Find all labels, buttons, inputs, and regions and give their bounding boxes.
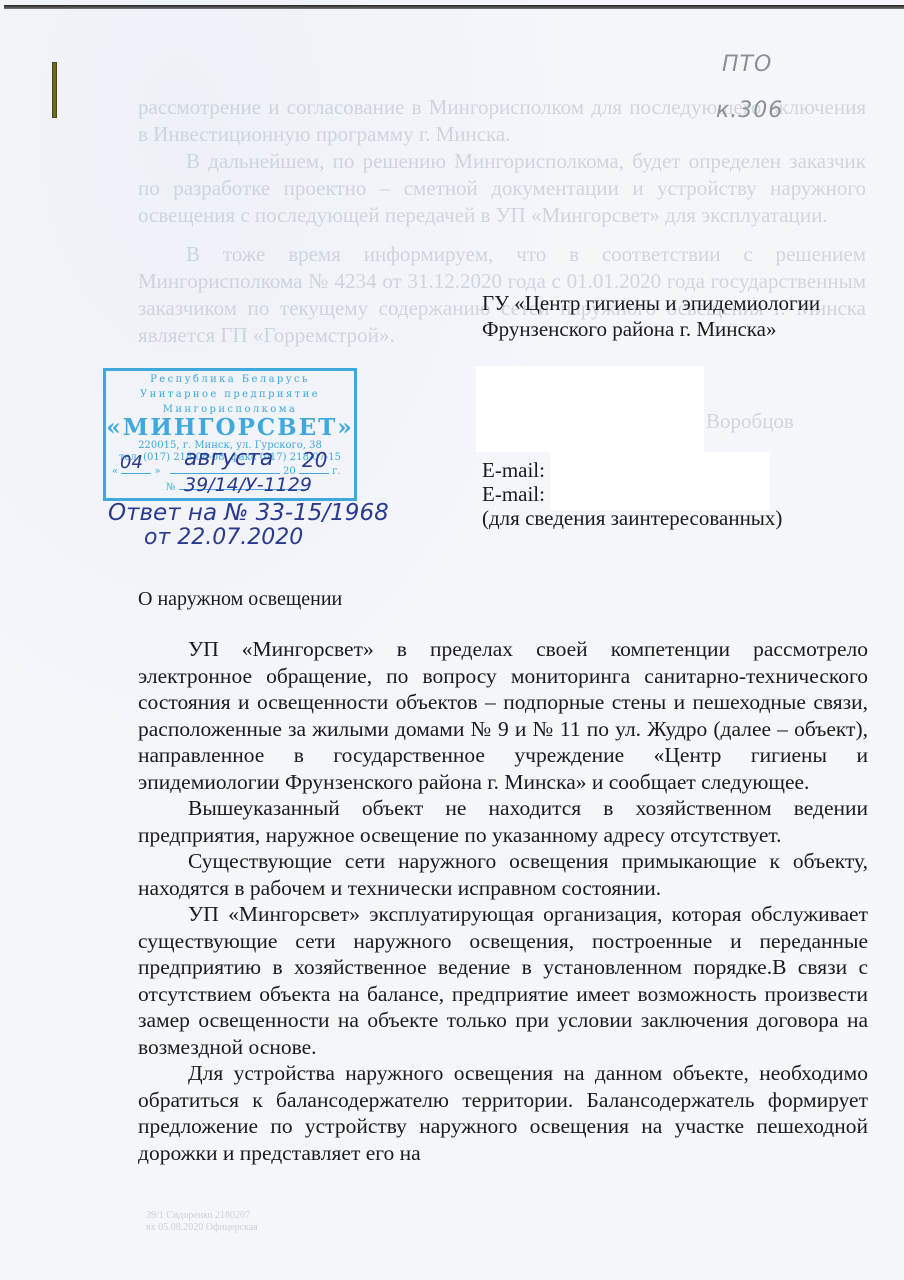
stamp-number-prefix: №	[166, 482, 175, 493]
scanned-page: рассмотрение и согласование в Мингориспо…	[0, 0, 904, 1280]
email-label-1: E-mail:	[482, 458, 782, 482]
bleed-footer-line: 39/1 Сидоренко 2180207	[146, 1210, 258, 1222]
stamp-brand: «МИНГОРСВЕТ»	[106, 416, 354, 440]
recipient-line-1: ГУ «Центр гигиены и эпидемиологии	[482, 290, 820, 316]
bleed-footer: 39/1 Сидоренко 2180207 вх 05.08.2020 Офи…	[146, 1210, 258, 1234]
letter-body: УП «Мингорсвет» в пределах своей компете…	[138, 636, 868, 1166]
body-paragraph: УП «Мингорсвет» эксплуатирующая организа…	[138, 901, 868, 1060]
pencil-note-department: ПТО	[722, 52, 772, 77]
recipient-block: ГУ «Центр гигиены и эпидемиологии Фрунзе…	[482, 290, 820, 342]
body-paragraph: Существующие сети наружного освещения пр…	[138, 848, 868, 901]
handwritten-year: 20	[302, 448, 327, 472]
stamp-date-open-quote: «	[112, 466, 118, 477]
pencil-note-reference: к.306	[716, 98, 783, 123]
recipient-line-2: Фрунзенского района г. Минска»	[482, 316, 820, 342]
staple-mark	[52, 62, 57, 118]
email-block: E-mail: E-mail: (для сведения заинтересо…	[482, 458, 782, 530]
scan-top-edge	[4, 5, 904, 9]
stamp-date-close-quote: »	[155, 466, 161, 477]
recipient-note: (для сведения заинтересованных)	[482, 506, 782, 530]
letter-subject: О наружном освещении	[138, 588, 342, 611]
body-paragraph: Вышеуказанный объект не находится в хозя…	[138, 795, 868, 848]
handwritten-month: августа	[184, 446, 273, 471]
body-paragraph: Для устройства наружного освещения на да…	[138, 1060, 868, 1166]
bleed-signature-name: Воробцов	[706, 408, 794, 435]
body-paragraph: УП «Мингорсвет» в пределах своей компете…	[138, 636, 868, 795]
handwritten-reply-line-2: от 22.07.2020	[144, 525, 303, 550]
stamp-year-suffix: г.	[332, 466, 340, 477]
stamp-enterprise-type: Унитарное предприятие	[106, 389, 354, 401]
handwritten-reply-line-1: Ответ на № 33-15/1968	[108, 500, 389, 526]
email-label-2: E-mail:	[482, 482, 782, 506]
bleed-paragraph: В дальнейшем, по решению Мингорисполкома…	[138, 148, 866, 229]
handwritten-number: 39/14/У-1129	[184, 474, 312, 496]
stamp-country: Республика Беларусь	[106, 374, 354, 386]
bleed-footer-line: вх 05.08.2020 Офицерская	[146, 1222, 258, 1234]
redaction-box	[476, 366, 704, 452]
handwritten-day: 04	[120, 452, 143, 473]
